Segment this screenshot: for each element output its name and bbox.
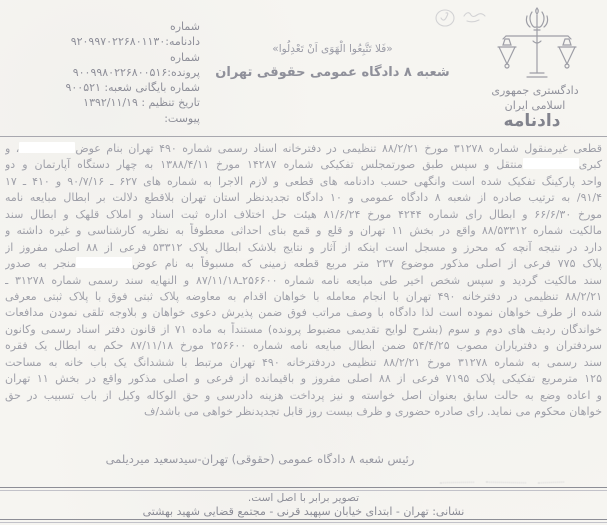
body-line: پلاک ۷۷۵ فرعی از اصلی مذکور موضوع ۲۳۷ مت… <box>5 256 602 272</box>
document-title: دادنامه <box>486 111 578 131</box>
body-line: مالکیت شماره ۸۸/۵۳۳۱۲ واقع در بخش ۱۱ تهر… <box>5 223 602 239</box>
body-line: ۹۱/۴/ به ترتیب صادره از شعبه ۸ دادگاه عم… <box>5 190 602 206</box>
judgment-body: قطعی غیرمنقول شماره ۳۱۲۷۸ مورخ ۸۸/۲/۲۱ ت… <box>5 141 602 420</box>
judiciary-emblem-icon <box>494 3 580 83</box>
header-divider-line <box>0 136 607 137</box>
body-line: سند رسمی به شماره ۳۱۲۷۸ مورخ ۸۸/۲/۲۱ تنظ… <box>5 355 602 371</box>
case-number-line: پیوست: <box>8 111 200 126</box>
court-branch-title: شعبه ۸ دادگاه عمومی حقوقی تهران <box>195 65 470 80</box>
court-address: نشانی: تهران - ابتدای خیابان سپهبد قرنی … <box>0 505 607 518</box>
body-line: دارد در نتیجه آنچه که محرز و مسجل است ای… <box>5 240 602 256</box>
footer-bottom-rule <box>0 519 607 520</box>
judiciary-name-line1: دادگستری جمهوری <box>478 84 592 99</box>
case-number-line: شماره <box>8 19 200 34</box>
judgment-document-page: شمارهدادنامه:۹۲۰۹۹۷۰۲۲۶۸۰۱۱۳۰شمارهپرونده… <box>0 0 607 525</box>
body-line: شده از طرف خواهان نموده است لذا دادگاه ب… <box>5 305 602 321</box>
footer-top-rule-2 <box>0 490 607 491</box>
redaction-box <box>19 142 75 153</box>
quran-verse: «فَلا تَتَّبِعُوا الْهَوَی اَنْ تَعْدِلُ… <box>205 43 460 55</box>
judiciary-name: دادگستری جمهوری اسلامی ایران <box>478 84 592 113</box>
case-number-line: تاریخ تنظیم : ۱۳۹۲/۱۱/۱۹ <box>8 95 200 110</box>
case-number-line: شماره <box>8 50 200 65</box>
body-line: خواندگان ردیف های دوم و سوم (بشرح لوایح … <box>5 322 602 338</box>
body-line: قطعی غیرمنقول شماره ۳۱۲۷۸ مورخ ۸۸/۲/۲۱ ت… <box>5 141 602 157</box>
body-line: خواهان محکوم می نماید. رای صادره حضوری و… <box>5 404 602 420</box>
handwritten-marks <box>432 4 496 36</box>
case-number-line: پرونده:۹۰۰۹۹۸۰۲۲۶۸۰۰۵۱۶ <box>8 65 200 80</box>
case-number-line: شماره بایگانی شعبه: ۹۰۰۵۲۱ <box>8 80 200 95</box>
case-number-block: شمارهدادنامه:۹۲۰۹۹۷۰۲۲۶۸۰۱۱۳۰شمارهپرونده… <box>8 19 200 126</box>
redaction-box <box>523 158 579 169</box>
body-line: واحد پارکینگ تفکیک شده است وانگهی حسب دا… <box>5 174 602 190</box>
case-number-line: دادنامه:۹۲۰۹۹۷۰۲۲۶۸۰۱۱۳۰ <box>8 34 200 49</box>
body-line: سردفتران و دفتریاران مصوب ۵۴/۴/۲۵ ضمن اب… <box>5 338 602 354</box>
body-line: و اعاده وضع به حالت سابق بعنوان اصل خواس… <box>5 388 602 404</box>
footer-top-rule <box>0 487 607 488</box>
body-line: سند مالکیت گردید و سپس شخص اخیر طی مبایع… <box>5 273 602 289</box>
body-line: ۸۸/۲/۲۱ تنظیمی در دفترخانه ۴۹۰ تهران با … <box>5 289 602 305</box>
certified-copy-note: تصویر برابر با اصل است. <box>0 492 607 504</box>
body-line: کبریمنتقل و سپس طبق صورتمجلس تفکیکی شمار… <box>5 157 602 173</box>
body-line: مورخ ۶۶/۶/۳۰ و ابطال رای شماره ۴۲۴۴ مورخ… <box>5 207 602 223</box>
footer-bottom-rule-2 <box>0 522 607 523</box>
redaction-box <box>76 257 132 268</box>
faint-stamp-note <box>440 475 590 483</box>
judge-signature-line: رئیس شعبه ۸ دادگاه عمومی (حقوقی) تهران-س… <box>70 452 450 466</box>
body-line: ۱۲۵ مترمربع تفکیکی پلاک ۷۱۹۵ فرعی از ۸۸ … <box>5 371 602 387</box>
